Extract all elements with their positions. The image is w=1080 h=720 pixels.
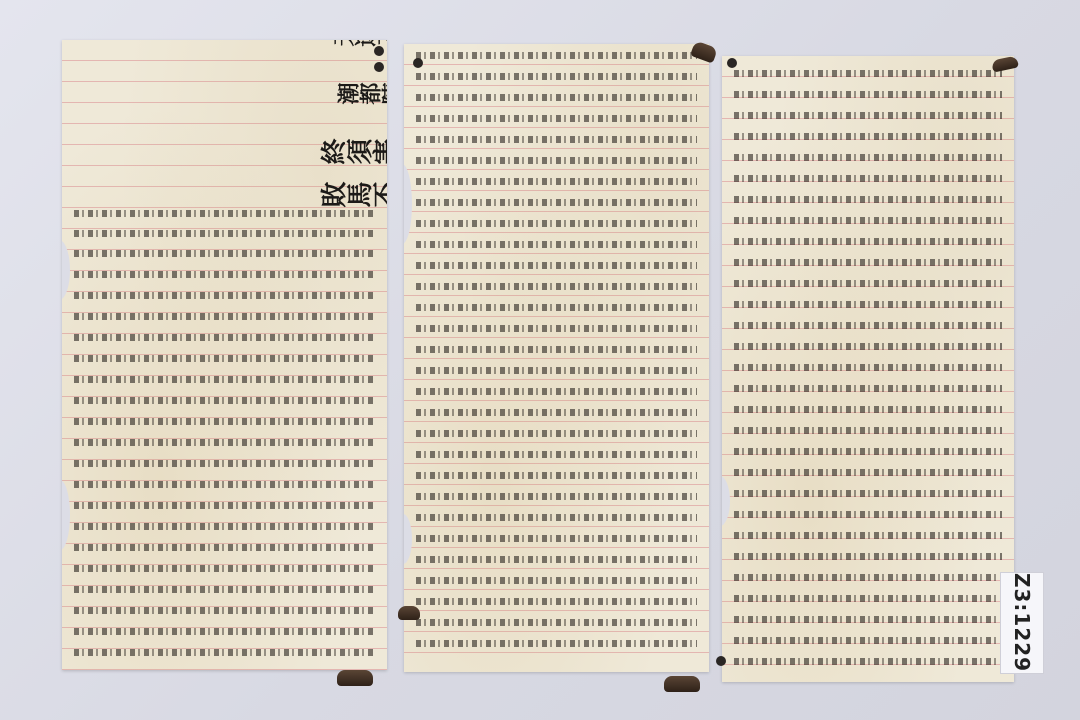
text-line <box>734 574 1002 581</box>
text-line <box>416 346 697 353</box>
text-line <box>734 427 1002 434</box>
text-line <box>734 322 1002 329</box>
text-line <box>416 262 697 269</box>
text-line <box>416 94 697 101</box>
text-line <box>74 376 375 383</box>
text-line <box>734 301 1002 308</box>
text-line <box>416 493 697 500</box>
punch-hole <box>413 58 423 68</box>
text-line <box>416 577 697 584</box>
text-line <box>734 112 1002 119</box>
text-line <box>416 241 697 248</box>
text-line <box>416 199 697 206</box>
text-line <box>734 616 1002 623</box>
text-line <box>74 607 375 614</box>
manuscript-sheet-left: 天運乙酉年五月 潮都陳威謹白 終須害摩 敗馬不去 <box>62 40 387 670</box>
text-line <box>74 418 375 425</box>
text-line <box>74 313 375 320</box>
text-line <box>74 210 375 217</box>
text-line <box>416 556 697 563</box>
text-line <box>74 230 375 237</box>
text-line <box>734 175 1002 182</box>
text-line <box>416 619 697 626</box>
text-line <box>734 343 1002 350</box>
text-line <box>74 460 375 467</box>
text-line <box>416 136 697 143</box>
text-line <box>416 178 697 185</box>
text-line <box>74 586 375 593</box>
text-line <box>416 598 697 605</box>
text-line <box>416 535 697 542</box>
punch-hole <box>374 62 384 72</box>
title-line-heading-1: 終須害摩 <box>320 135 387 172</box>
text-line <box>416 73 697 80</box>
text-line <box>416 388 697 395</box>
text-line <box>734 637 1002 644</box>
text-line <box>734 154 1002 161</box>
text-line <box>734 91 1002 98</box>
text-line <box>74 481 375 488</box>
text-line <box>74 649 375 656</box>
text-line <box>734 280 1002 287</box>
text-line <box>74 355 375 362</box>
manuscript-sheet-middle <box>404 44 709 672</box>
binder-clip <box>398 606 420 620</box>
text-line <box>74 439 375 446</box>
text-line <box>416 514 697 521</box>
text-line <box>734 658 1002 665</box>
text-line <box>74 544 375 551</box>
text-line <box>74 292 375 299</box>
text-line <box>734 70 1002 77</box>
text-line <box>734 595 1002 602</box>
text-line <box>416 52 697 59</box>
text-line <box>734 385 1002 392</box>
text-line <box>734 511 1002 518</box>
text-line <box>734 133 1002 140</box>
text-line <box>734 406 1002 413</box>
text-line <box>74 628 375 635</box>
text-line <box>734 469 1002 476</box>
catalog-number: Z3:1229 <box>1010 573 1034 672</box>
title-line-author: 潮都陳威謹白 <box>337 79 387 110</box>
text-line <box>416 472 697 479</box>
text-line <box>416 115 697 122</box>
text-line <box>734 196 1002 203</box>
text-line <box>734 553 1002 560</box>
text-line <box>734 238 1002 245</box>
text-line <box>416 409 697 416</box>
punch-hole <box>374 46 384 56</box>
text-line <box>734 217 1002 224</box>
text-line <box>74 523 375 530</box>
text-line <box>74 565 375 572</box>
punch-hole <box>727 58 737 68</box>
text-line <box>74 502 375 509</box>
text-line <box>416 367 697 374</box>
catalog-label: Z3:1229 <box>1000 572 1044 674</box>
text-line <box>416 304 697 311</box>
text-line <box>734 490 1002 497</box>
text-line <box>416 451 697 458</box>
binder-clip <box>337 670 373 686</box>
text-line <box>416 325 697 332</box>
manuscript-sheet-right <box>722 56 1014 682</box>
text-line <box>734 364 1002 371</box>
text-line <box>416 157 697 164</box>
text-line <box>74 271 375 278</box>
binder-clip <box>664 676 700 692</box>
text-line <box>416 220 697 227</box>
text-line <box>734 448 1002 455</box>
text-line <box>416 430 697 437</box>
text-line <box>416 640 697 647</box>
text-line <box>74 397 375 404</box>
text-line <box>734 259 1002 266</box>
text-line <box>74 334 375 341</box>
punch-hole <box>716 656 726 666</box>
text-line <box>734 532 1002 539</box>
text-line <box>74 250 375 257</box>
text-line <box>416 283 697 290</box>
